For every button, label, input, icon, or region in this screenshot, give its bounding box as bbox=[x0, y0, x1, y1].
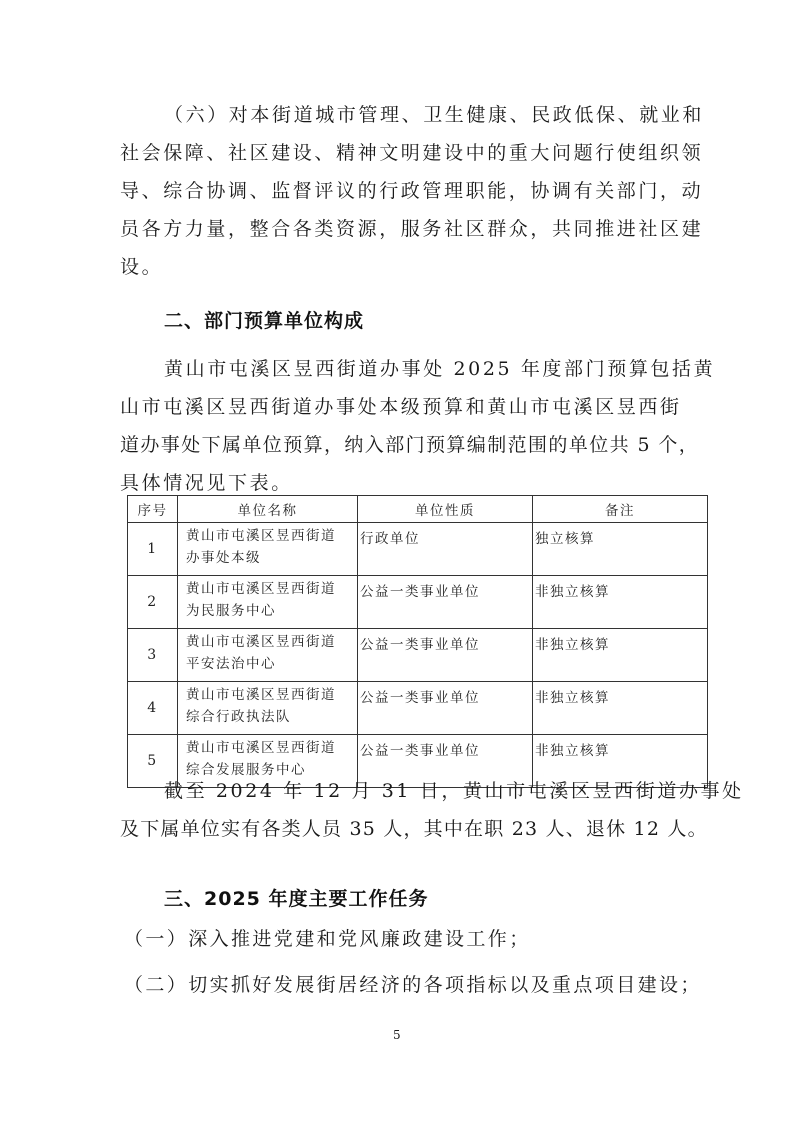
header-cell: 单位性质 bbox=[358, 496, 533, 523]
unit-note: 非独立核算 bbox=[533, 629, 708, 682]
unit-name-line: 为民服务中心 bbox=[186, 600, 357, 622]
text-line: 截至 2024 年 12 月 31 日，黄山市屯溪区昱西街道办事处 bbox=[120, 772, 700, 810]
unit-name-line: 平安法治中心 bbox=[186, 653, 357, 675]
row-number: 1 bbox=[128, 523, 178, 576]
row-number: 2 bbox=[128, 576, 178, 629]
text-line: 社会保障、社区建设、精神文明建设中的重大问题行使组织领 bbox=[120, 134, 700, 172]
budget-units-paragraph: 黄山市屯溪区昱西街道办事处 2025 年度部门预算包括黄 山市屯溪区昱西街道办事… bbox=[120, 350, 700, 502]
unit-name: 黄山市屯溪区昱西街道办事处本级 bbox=[178, 523, 358, 576]
text-line: （六）对本街道城市管理、卫生健康、民政低保、就业和 bbox=[120, 96, 700, 134]
text-line: 导、综合协调、监督评议的行政管理职能，协调有关部门，动 bbox=[120, 172, 700, 210]
table-row: 1 黄山市屯溪区昱西街道办事处本级 行政单位 独立核算 bbox=[128, 523, 708, 576]
unit-nature: 公益一类事业单位 bbox=[358, 629, 533, 682]
unit-note: 非独立核算 bbox=[533, 682, 708, 735]
text-line: 员各方力量，整合各类资源，服务社区群众，共同推进社区建 bbox=[120, 210, 700, 248]
page-number: 5 bbox=[393, 1028, 401, 1042]
unit-name-line: 办事处本级 bbox=[186, 547, 357, 569]
unit-name-line: 黄山市屯溪区昱西街道 bbox=[186, 578, 357, 600]
header-cell: 序号 bbox=[128, 496, 178, 523]
table-header-row: 序号 单位名称 单位性质 备注 bbox=[128, 496, 708, 523]
text-line: 山市屯溪区昱西街道办事处本级预算和黄山市屯溪区昱西街 bbox=[120, 388, 700, 426]
unit-name-line: 黄山市屯溪区昱西街道 bbox=[186, 525, 357, 547]
table-row: 2 黄山市屯溪区昱西街道为民服务中心 公益一类事业单位 非独立核算 bbox=[128, 576, 708, 629]
row-number: 4 bbox=[128, 682, 178, 735]
text-line: 道办事处下属单位预算，纳入部门预算编制范围的单位共 5 个， bbox=[120, 426, 700, 464]
unit-name-line: 黄山市屯溪区昱西街道 bbox=[186, 737, 357, 759]
unit-name-line: 综合行政执法队 bbox=[186, 706, 357, 728]
table-row: 3 黄山市屯溪区昱西街道平安法治中心 公益一类事业单位 非独立核算 bbox=[128, 629, 708, 682]
unit-note: 非独立核算 bbox=[533, 576, 708, 629]
text-line: 黄山市屯溪区昱西街道办事处 2025 年度部门预算包括黄 bbox=[120, 350, 700, 388]
section-heading: 二、部门预算单位构成 bbox=[164, 306, 364, 333]
unit-nature: 行政单位 bbox=[358, 523, 533, 576]
text-line: 及下属单位实有各类人员 35 人，其中在职 23 人、退休 12 人。 bbox=[120, 810, 700, 848]
row-number: 3 bbox=[128, 629, 178, 682]
header-cell: 单位名称 bbox=[178, 496, 358, 523]
unit-name-line: 黄山市屯溪区昱西街道 bbox=[186, 684, 357, 706]
section-six-paragraph: （六）对本街道城市管理、卫生健康、民政低保、就业和 社会保障、社区建设、精神文明… bbox=[120, 96, 700, 286]
unit-name: 黄山市屯溪区昱西街道综合行政执法队 bbox=[178, 682, 358, 735]
text-line: 设。 bbox=[120, 248, 700, 286]
budget-units-table: 序号 单位名称 单位性质 备注 1 黄山市屯溪区昱西街道办事处本级 行政单位 独… bbox=[127, 495, 708, 788]
unit-nature: 公益一类事业单位 bbox=[358, 682, 533, 735]
task-item: （二）切实抓好发展街居经济的各项指标以及重点项目建设； bbox=[124, 970, 702, 997]
staff-paragraph: 截至 2024 年 12 月 31 日，黄山市屯溪区昱西街道办事处 及下属单位实… bbox=[120, 772, 700, 848]
table-row: 4 黄山市屯溪区昱西街道综合行政执法队 公益一类事业单位 非独立核算 bbox=[128, 682, 708, 735]
task-item: （一）深入推进党建和党风廉政建设工作； bbox=[124, 924, 531, 951]
document-page: （六）对本街道城市管理、卫生健康、民政低保、就业和 社会保障、社区建设、精神文明… bbox=[0, 0, 793, 1122]
unit-name-line: 黄山市屯溪区昱西街道 bbox=[186, 631, 357, 653]
section-heading: 三、2025 年度主要工作任务 bbox=[164, 884, 429, 911]
unit-nature: 公益一类事业单位 bbox=[358, 576, 533, 629]
unit-name: 黄山市屯溪区昱西街道为民服务中心 bbox=[178, 576, 358, 629]
header-cell: 备注 bbox=[533, 496, 708, 523]
unit-name: 黄山市屯溪区昱西街道平安法治中心 bbox=[178, 629, 358, 682]
unit-note: 独立核算 bbox=[533, 523, 708, 576]
